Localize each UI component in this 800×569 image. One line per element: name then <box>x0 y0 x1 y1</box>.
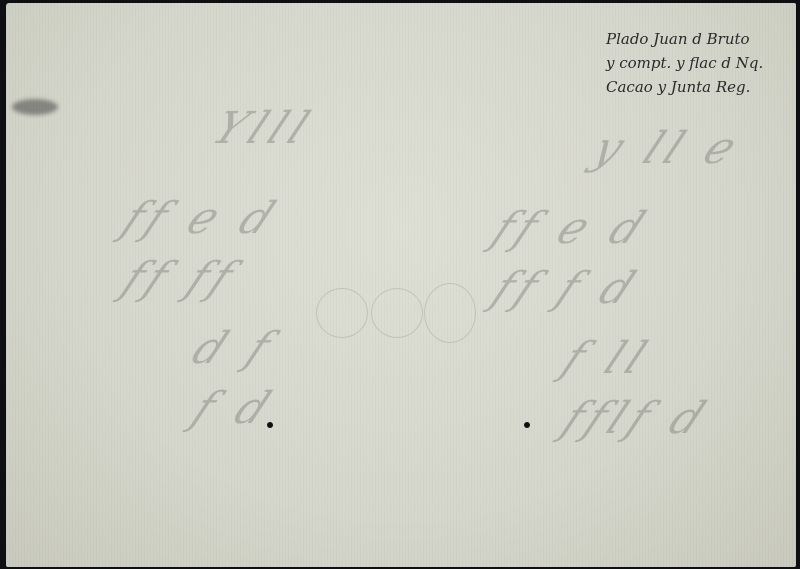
bleed-through-text: ff ff <box>114 253 247 304</box>
bleed-through-text: Ylll <box>204 103 323 154</box>
bleed-through-text: d f <box>184 323 284 374</box>
annotation-line: Plado Juan d Bruto <box>606 27 791 51</box>
manuscript-page: Plado Juan d Bruto y compt. y flac d Nq.… <box>6 3 796 567</box>
handwritten-annotation: Plado Juan d Bruto y compt. y flac d Nq.… <box>606 27 791 99</box>
bleed-through-text: ff e d <box>114 193 289 244</box>
bleed-through-text: ff f d <box>484 263 649 314</box>
ink-stain <box>12 99 58 115</box>
binding-hole <box>524 422 530 428</box>
binding-hole <box>267 422 273 428</box>
annotation-line: y compt. y flac d Nq. <box>606 51 791 75</box>
bleed-through-text: fflf d <box>554 393 719 444</box>
bleed-through-text: y ll e <box>584 123 751 174</box>
bleed-through-text: f ll <box>554 333 660 384</box>
bleed-through-text: ff e d <box>484 203 659 254</box>
annotation-line: Cacao y Junta Reg. <box>606 75 791 99</box>
watermark <box>316 278 476 348</box>
